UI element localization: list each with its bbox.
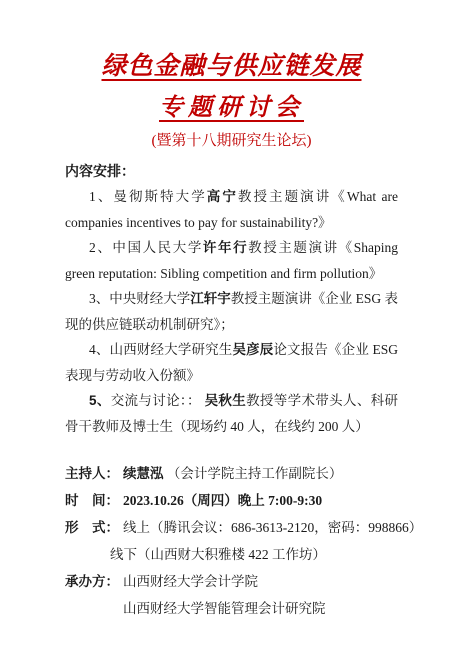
host-row: 主持人：续慧泓 （会计学院主持工作副院长） <box>65 460 398 487</box>
main-title-line2: 专题研讨会 <box>65 92 398 124</box>
document-page: 绿色金融与供应链发展 专题研讨会 (暨第十八期研究生论坛) 内容安排： 1、曼彻… <box>0 0 459 646</box>
main-title-line1: 绿色金融与供应链发展 <box>65 50 398 84</box>
item-text-pre: 交流与讨论：： <box>111 393 205 408</box>
item-text-pre: 中国人民大学 <box>112 240 203 255</box>
agenda-item-1: 1、曼彻斯特大学高宁教授主题演讲《What are companies ince… <box>65 184 398 235</box>
item-text-pre: 中央财经大学 <box>109 291 190 306</box>
time-label: 时 间： <box>65 493 119 508</box>
agenda-item-2: 2、中国人民大学许年行教授主题演讲《Shaping green reputati… <box>65 235 398 286</box>
host-name: 续慧泓 <box>123 466 164 481</box>
organizer-value-1: 山西财经大学会计学院 <box>123 574 258 589</box>
speaker-name: 许年行 <box>203 240 248 255</box>
format-label: 形 式： <box>65 520 119 535</box>
item-text-pre: 曼彻斯特大学 <box>113 189 206 204</box>
organizer-row-2: 山西财经大学智能管理会计研究院 <box>65 595 398 622</box>
item-text-pre: 山西财经大学研究生 <box>110 342 233 357</box>
item-number: 3、 <box>89 291 109 306</box>
subtitle: (暨第十八期研究生论坛) <box>65 130 398 152</box>
format-row-offline: 线下（山西财大积雅楼 422 工作坊） <box>65 541 398 568</box>
details-section: 主持人：续慧泓 （会计学院主持工作副院长） 时 间：2023.10.26（周四）… <box>65 460 398 622</box>
item-number: 5、 <box>89 393 111 408</box>
format-offline-value: 线下（山西财大积雅楼 422 工作坊） <box>110 547 326 562</box>
item-number: 1、 <box>89 189 113 204</box>
speaker-name: 吴秋生 <box>205 393 247 408</box>
speaker-name: 高宁 <box>207 189 238 204</box>
organizer-value-2: 山西财经大学智能管理会计研究院 <box>123 601 326 616</box>
item-number: 2、 <box>89 240 112 255</box>
organizer-row-1: 承办方：山西财经大学会计学院 <box>65 568 398 595</box>
agenda-item-5: 5、交流与讨论：： 吴秋生教授等学术带头人、科研骨干教师及博士生（现场约 40 … <box>65 388 398 439</box>
time-row: 时 间：2023.10.26（周四）晚上 7:00-9:30 <box>65 487 398 514</box>
item-number: 4、 <box>89 342 110 357</box>
time-value: 2023.10.26（周四）晚上 7:00-9:30 <box>123 493 322 508</box>
format-online-value: 线上（腾讯会议：686-3613-2120，密码：998866） <box>123 520 422 535</box>
organizer-label: 承办方： <box>65 574 119 589</box>
section-heading-content: 内容安排： <box>65 162 398 180</box>
format-row-online: 形 式：线上（腾讯会议：686-3613-2120，密码：998866） <box>65 514 398 541</box>
agenda-item-4: 4、山西财经大学研究生吴彦辰论文报告《企业 ESG 表现与劳动收入份额》 <box>65 337 398 388</box>
agenda-list: 1、曼彻斯特大学高宁教授主题演讲《What are companies ince… <box>65 184 398 439</box>
speaker-name: 吴彦辰 <box>232 342 273 357</box>
host-note: （会计学院主持工作副院长） <box>164 466 343 481</box>
host-label: 主持人： <box>65 466 119 481</box>
agenda-item-3: 3、中央财经大学江轩宇教授主题演讲《企业 ESG 表现的供应链联动机制研究》； <box>65 286 398 337</box>
speaker-name: 江轩宇 <box>190 291 231 306</box>
